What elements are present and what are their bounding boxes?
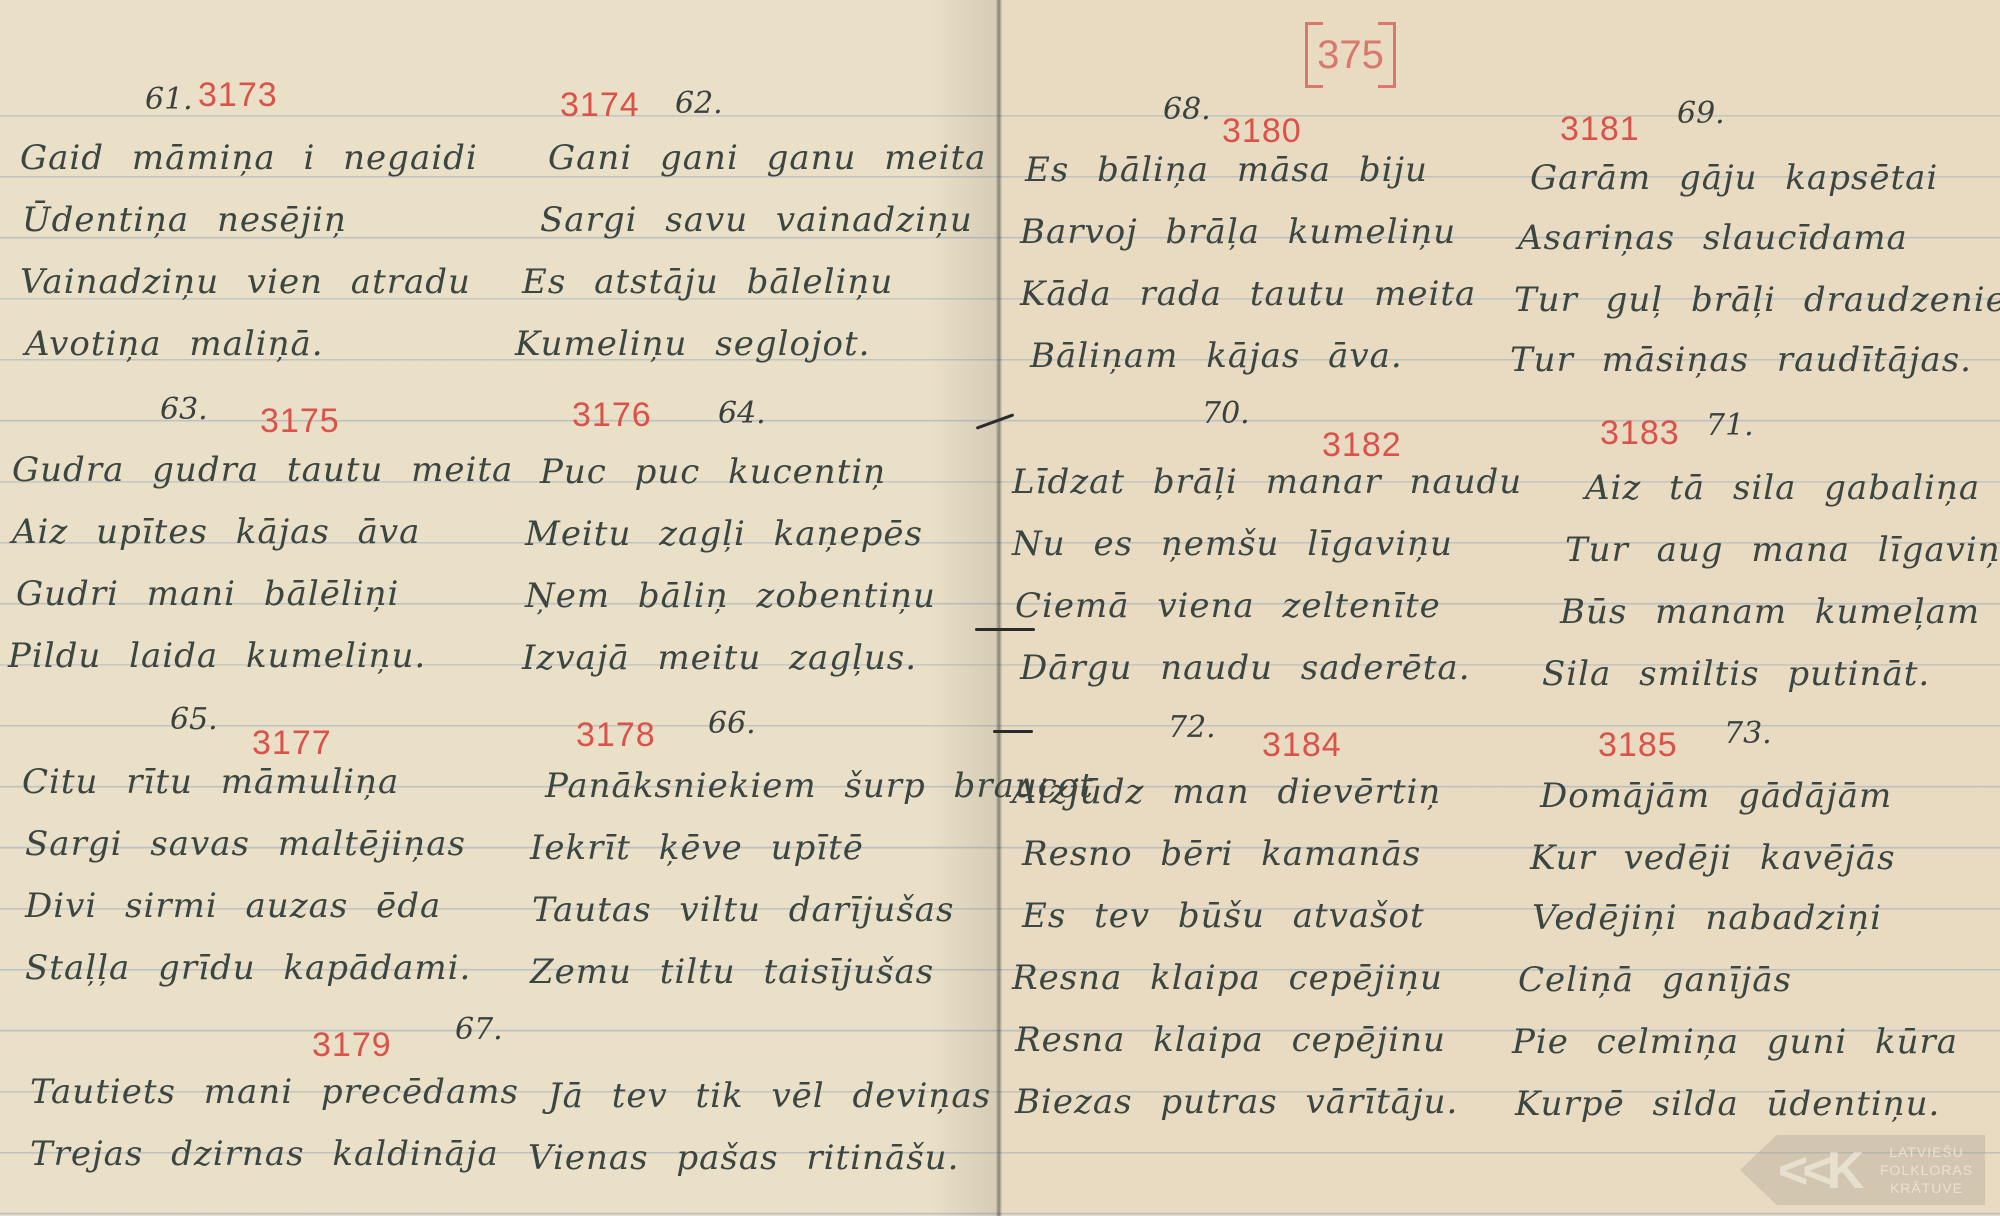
song-line: Sila smiltis putināt.	[1542, 654, 1930, 694]
song-line: Nu es ņemšu līgaviņu	[1012, 524, 1453, 564]
archive-id: 3178	[576, 716, 656, 755]
archive-id: 3174	[560, 86, 640, 125]
song-line: Kumeliņu seglojot.	[515, 324, 870, 364]
song-line: Vienas pašas ritināšu.	[528, 1138, 959, 1178]
song-line: Resna klaipa cepējiņu	[1012, 958, 1443, 998]
page-number: 375	[1308, 33, 1393, 78]
archive-id: 3182	[1322, 426, 1402, 465]
song-number: 71.	[1706, 408, 1754, 443]
song-line: Sargi savas maltējiņas	[25, 824, 466, 864]
song-number: 67.	[455, 1012, 503, 1047]
archive-name-line: FOLKLORAS	[1880, 1161, 1973, 1179]
song-line: Vedējiņi nabadziņi	[1532, 898, 1882, 938]
song-line: Bāliņam kājas āva.	[1030, 336, 1403, 376]
song-line: Aiz upītes kājas āva	[12, 512, 420, 552]
song-number: 61.	[145, 82, 193, 117]
song-line: Tur māsiņas raudītājas.	[1510, 340, 1972, 380]
song-line: Dārgu naudu saderēta.	[1020, 648, 1471, 688]
song-line: Ūdentiņa nesējiņ	[22, 200, 347, 240]
song-line: Celiņā ganījās	[1518, 960, 1792, 1000]
song-line: Ciemā viena zeltenīte	[1015, 586, 1441, 626]
song-line: Resno bēri kamanās	[1022, 834, 1421, 874]
song-line: Aizjūdz man dievērtiņ	[1012, 772, 1441, 812]
song-line: Iekrīt ķēve upītē	[530, 828, 864, 868]
archive-id: 3179	[312, 1026, 392, 1065]
archive-id: 3183	[1600, 414, 1680, 453]
song-line: Staļļa grīdu kapādami.	[25, 948, 471, 988]
song-line: Būs manam kumeļam	[1560, 592, 1980, 632]
song-line: Citu rītu māmuliņa	[22, 762, 399, 802]
song-number: 68.	[1163, 92, 1211, 127]
song-line: Kurpē silda ūdentiņu.	[1515, 1084, 1940, 1124]
song-number: 63.	[160, 392, 208, 427]
song-line: Meitu zagļi kaņepēs	[525, 514, 923, 554]
song-number: 70.	[1202, 396, 1250, 431]
song-line: Es atstāju bāleliņu	[522, 262, 893, 302]
archive-id: 3176	[572, 396, 652, 435]
song-number: 66.	[708, 706, 756, 741]
song-line: Kur vedēji kavējās	[1530, 838, 1896, 878]
song-line: Resna klaipa cepējinu	[1015, 1020, 1446, 1060]
song-line: Jā tev tik vēl deviņas	[548, 1076, 991, 1116]
binding-shadow	[930, 0, 1000, 1216]
song-line: Gudra gudra tautu meita	[12, 450, 513, 490]
page-number-stamp: 375	[1305, 22, 1396, 88]
archive-id: 3175	[260, 402, 340, 441]
song-line: Pildu laida kumeliņu.	[8, 636, 426, 676]
song-line: Biezas putras vārītāju.	[1015, 1082, 1458, 1122]
song-line: Gudri mani bālēliņi	[16, 574, 399, 614]
archive-name-line: LATVIEŠU	[1880, 1143, 1973, 1161]
song-line: Gaid māmiņa i negaidi	[20, 138, 478, 178]
archive-id: 3185	[1598, 726, 1678, 765]
song-line: Sargi savu vainadziņu	[540, 200, 973, 240]
song-number: 64.	[718, 396, 766, 431]
song-number: 69.	[1677, 96, 1725, 131]
song-line: Trejas dzirnas kaldināja	[30, 1134, 499, 1174]
archive-id: 3181	[1560, 110, 1640, 149]
archive-watermark: <<K LATVIEŠU FOLKLORAS KRĀTUVE	[1740, 1135, 1985, 1205]
archive-id: 3184	[1262, 726, 1342, 765]
archive-logo-icon: <<K	[1778, 1141, 1858, 1201]
song-line: Līdzat brāļi manar naudu	[1012, 462, 1522, 502]
binding-fold	[996, 0, 1002, 1216]
archive-id: 3180	[1222, 112, 1302, 151]
song-line: Aiz tā sila gabaliņa	[1585, 468, 1980, 508]
binding-stitch	[993, 730, 1033, 733]
song-line: Barvoj brāļa kumeliņu	[1020, 212, 1456, 252]
song-number: 62.	[675, 86, 723, 121]
song-number: 65.	[170, 702, 218, 737]
song-line: Divi sirmi auzas ēda	[25, 886, 441, 926]
song-line: Tur guļ brāļi draudzenieki	[1514, 280, 2000, 320]
song-line: Ņem bāliņ zobentiņu	[525, 576, 936, 616]
song-line: Tur aug mana līgaviņa	[1565, 530, 2000, 570]
song-line: Asariņas slaucīdama	[1518, 218, 1908, 258]
archive-name: LATVIEŠU FOLKLORAS KRĀTUVE	[1880, 1143, 1973, 1197]
archive-id: 3173	[198, 76, 278, 115]
binding-stitch	[975, 628, 1035, 631]
song-line: Garām gāju kapsētai	[1530, 158, 1938, 198]
song-line: Vainadziņu vien atradu	[20, 262, 471, 302]
song-line: Puc puc kucentiņ	[540, 452, 886, 492]
song-line: Pie celmiņa guni kūra	[1512, 1022, 1958, 1062]
song-line: Es tev būšu atvašot	[1022, 896, 1425, 936]
archive-name-line: KRĀTUVE	[1880, 1179, 1973, 1197]
song-line: Zemu tiltu taisījušas	[530, 952, 934, 992]
song-line: Kāda rada tautu meita	[1020, 274, 1476, 314]
song-line: Domājām gādājām	[1540, 776, 1892, 816]
song-line: Avotiņa maliņā.	[25, 324, 324, 364]
song-number: 72.	[1168, 710, 1216, 745]
song-line: Izvajā meitu zagļus.	[522, 638, 917, 678]
song-line: Tautas viltu darījušas	[532, 890, 955, 930]
song-line: Tautiets mani precēdams	[30, 1072, 519, 1112]
song-line: Gani gani ganu meita	[548, 138, 986, 178]
song-number: 73.	[1724, 716, 1772, 751]
song-line: Es bāliņa māsa biju	[1025, 150, 1428, 190]
archive-id: 3177	[252, 724, 332, 763]
